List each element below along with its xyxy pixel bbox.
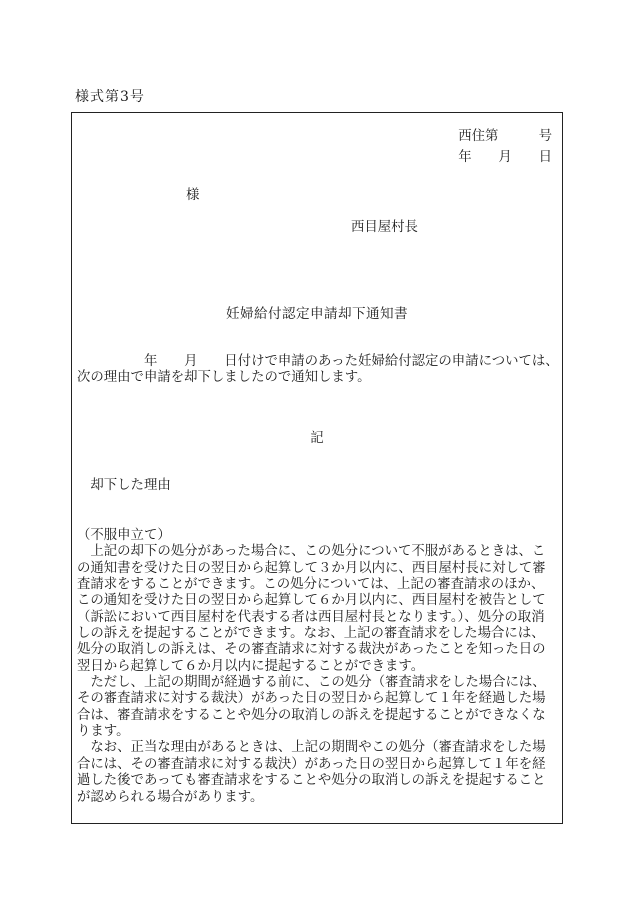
addressee-honorific: 様 <box>186 184 199 203</box>
form-number-label: 様式第3号 <box>75 89 145 105</box>
sender-title: 西目屋村長 <box>351 216 418 235</box>
rejection-reason-label: 却下した理由 <box>77 474 171 493</box>
document-page: 様式第3号 西住第 号年 月 日 様 西目屋村長 妊婦給付認定申請却下通知書 年… <box>0 0 630 903</box>
document-number-line: 西住第 号 <box>458 129 552 144</box>
document-date-line: 年 月 日 <box>458 150 552 165</box>
intro-paragraph: 年 月 日付けで申請のあった妊婦給付認定の申請については、 次の理由で申請を却下… <box>77 354 561 387</box>
record-marker: 記 <box>71 427 563 446</box>
document-title: 妊婦給付認定申請却下通知書 <box>71 302 563 322</box>
document-number-block: 西住第 号年 月 日 <box>458 126 552 168</box>
appeal-notice-paragraph: （不服申立て） 上記の却下の処分があった場合に、この処分について不服があるときは… <box>77 528 561 806</box>
